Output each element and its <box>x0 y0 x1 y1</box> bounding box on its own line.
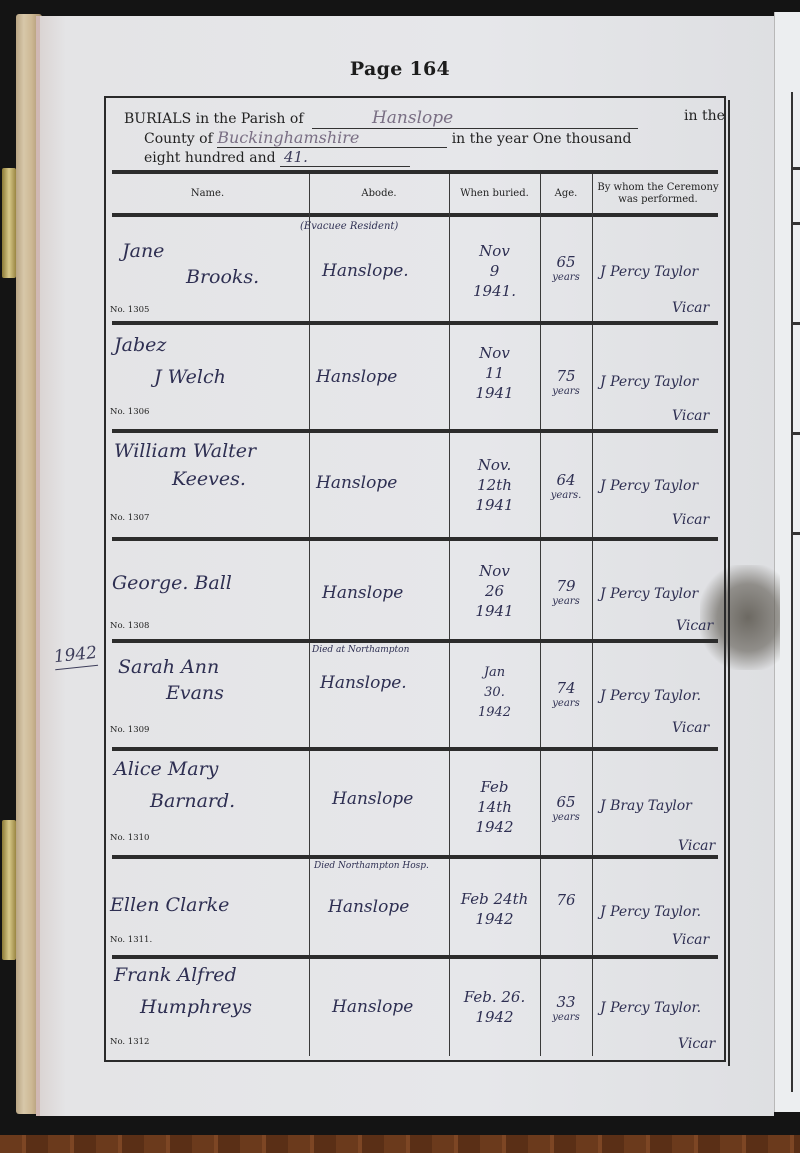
name-line1: Ellen Clarke <box>110 893 229 917</box>
column-header-age: Age. <box>540 176 592 212</box>
name-line2: Barnard. <box>150 789 235 813</box>
burial-day: 30. <box>449 683 540 703</box>
entry-number: No. 1311. <box>110 935 152 945</box>
binding-tab-bottom <box>2 820 16 960</box>
officiant-title: Vicar <box>678 1035 715 1053</box>
entry-number: No. 1306 <box>110 407 149 417</box>
age-unit: years <box>540 696 592 711</box>
name-line1: George. Ball <box>112 571 232 595</box>
register-entry: Alice Mary Barnard. No. 1310 Hanslope Fe… <box>106 751 724 855</box>
officiant-title: Vicar <box>672 719 709 737</box>
register-intro: BURIALS in the Parish of Hanslope in the… <box>106 98 724 170</box>
margin-year-note: 1942 <box>53 643 98 670</box>
burial-month: Nov <box>449 343 540 363</box>
officiant: J Percy Taylor <box>600 585 698 603</box>
age: 75 <box>556 367 575 385</box>
age: 65 <box>556 793 575 811</box>
abode-note: Died at Northampton <box>312 645 409 655</box>
officiant-title: Vicar <box>672 407 709 425</box>
entry-number: No. 1310 <box>110 833 149 843</box>
abode: Hanslope <box>332 997 413 1017</box>
abode: Hanslope <box>328 897 409 917</box>
wooden-surface <box>0 1135 800 1153</box>
age: 64 <box>556 471 575 489</box>
abode-note: Died Northampton Hosp. <box>314 861 429 871</box>
name-line2: Keeves. <box>172 467 246 491</box>
age: 33 <box>556 993 575 1011</box>
abode: Hanslope. <box>322 261 409 281</box>
burial-month: Jan <box>449 663 540 683</box>
officiant: J Bray Taylor <box>600 797 692 815</box>
officiant: J Percy Taylor. <box>600 687 701 705</box>
officiant-title: Vicar <box>676 617 713 635</box>
age: 79 <box>556 577 575 595</box>
burial-month: Feb <box>449 777 540 797</box>
burial-register-table: BURIALS in the Parish of Hanslope in the… <box>104 96 726 1062</box>
burial-month: Nov. <box>449 455 540 475</box>
entry-number: No. 1307 <box>110 513 149 523</box>
name-line1: William Walter <box>114 439 256 463</box>
officiant-title: Vicar <box>678 837 715 855</box>
binding-tab-top <box>2 168 16 278</box>
abode: Hanslope. <box>320 673 407 693</box>
burial-year: 1942 <box>449 1007 540 1027</box>
abode: Hanslope <box>332 789 413 809</box>
burial-day: 14th <box>449 797 540 817</box>
name-line1: Jabez <box>114 333 166 357</box>
intro-text: in the year One thousand <box>452 131 632 147</box>
officiant-title: Vicar <box>672 299 709 317</box>
page-title: Page 164 <box>0 58 800 80</box>
abode: Hanslope <box>316 473 397 493</box>
officiant: J Percy Taylor. <box>600 999 701 1017</box>
column-header-when-buried: When buried. <box>449 176 540 212</box>
column-header-officiant: By whom the Ceremony was performed. <box>592 176 724 212</box>
age-unit: years <box>540 270 592 285</box>
entry-number: No. 1312 <box>110 1037 149 1047</box>
name-line1: Alice Mary <box>114 757 218 781</box>
name-line1: Sarah Ann <box>118 655 219 679</box>
entry-number: No. 1305 <box>110 305 149 315</box>
divider <box>112 170 718 174</box>
register-entry: William Walter Keeves. No. 1307 Hanslope… <box>106 433 724 537</box>
burial-day: 11 <box>449 363 540 383</box>
abode: Hanslope <box>316 367 397 387</box>
register-year: 41. <box>284 148 308 166</box>
burial-day: 9 <box>449 261 540 281</box>
name-line2: Evans <box>166 681 224 705</box>
intro-text: eight hundred and <box>144 150 276 166</box>
burial-year: 1941 <box>449 495 540 515</box>
burial-year: 1942 <box>449 817 540 837</box>
name-line2: Brooks. <box>186 265 259 289</box>
burial-day: 26 <box>449 581 540 601</box>
name-line1: Frank Alfred <box>114 963 237 987</box>
abode: Hanslope <box>322 583 403 603</box>
parish-name: Hanslope <box>372 108 453 128</box>
name-line2: Humphreys <box>140 995 252 1019</box>
intro-text: BURIALS in the Parish of <box>124 111 304 127</box>
entry-number: No. 1308 <box>110 621 149 631</box>
age-unit: years <box>540 384 592 399</box>
officiant: J Percy Taylor <box>600 263 698 281</box>
name-line1: Jane <box>122 239 164 263</box>
register-entry: Frank Alfred Humphreys No. 1312 Hanslope… <box>106 959 724 1059</box>
burial-month: Feb. 26. <box>449 987 540 1007</box>
age: 74 <box>556 679 575 697</box>
page-edge <box>36 16 40 1116</box>
burial-month: Feb 24th <box>449 889 540 909</box>
register-entry: Sarah Ann Evans No. 1309 Died at Northam… <box>106 643 724 747</box>
column-header-abode: Abode. <box>309 176 449 212</box>
burial-year: 1941 <box>449 601 540 621</box>
intro-text: County of <box>144 131 213 147</box>
officiant: J Percy Taylor <box>600 373 698 391</box>
register-entry: George. Ball No. 1308 Hanslope Nov 26 19… <box>106 541 724 641</box>
burial-month: Nov <box>449 241 540 261</box>
officiant: J Percy Taylor <box>600 477 698 495</box>
age-unit: years <box>540 810 592 825</box>
intro-text: in the <box>684 108 725 124</box>
burial-day: 12th <box>449 475 540 495</box>
register-entry: Ellen Clarke No. 1311. Died Northampton … <box>106 859 724 959</box>
abode-note: (Evacuee Resident) <box>300 221 398 232</box>
burial-month: Nov <box>449 561 540 581</box>
age: 76 <box>556 891 575 909</box>
burial-year: 1941. <box>449 281 540 301</box>
burial-year: 1942 <box>449 703 540 723</box>
age-unit: years <box>540 1010 592 1025</box>
officiant-title: Vicar <box>672 931 709 949</box>
officiant-title: Vicar <box>672 511 709 529</box>
burial-year: 1942 <box>449 909 540 929</box>
county-name: Buckinghamshire <box>217 128 359 147</box>
adjacent-page-edge <box>774 12 800 1112</box>
entry-number: No. 1309 <box>110 725 149 735</box>
age: 65 <box>556 253 575 271</box>
name-line2: J Welch <box>154 365 226 389</box>
column-header-name: Name. <box>106 176 309 212</box>
register-entry: Jane Brooks. No. 1305 (Evacuee Resident)… <box>106 217 724 321</box>
age-unit: years. <box>540 488 592 503</box>
register-entry: Jabez J Welch No. 1306 Hanslope Nov 11 1… <box>106 325 724 429</box>
burial-year: 1941 <box>449 383 540 403</box>
officiant: J Percy Taylor. <box>600 903 701 921</box>
age-unit: years <box>540 594 592 609</box>
